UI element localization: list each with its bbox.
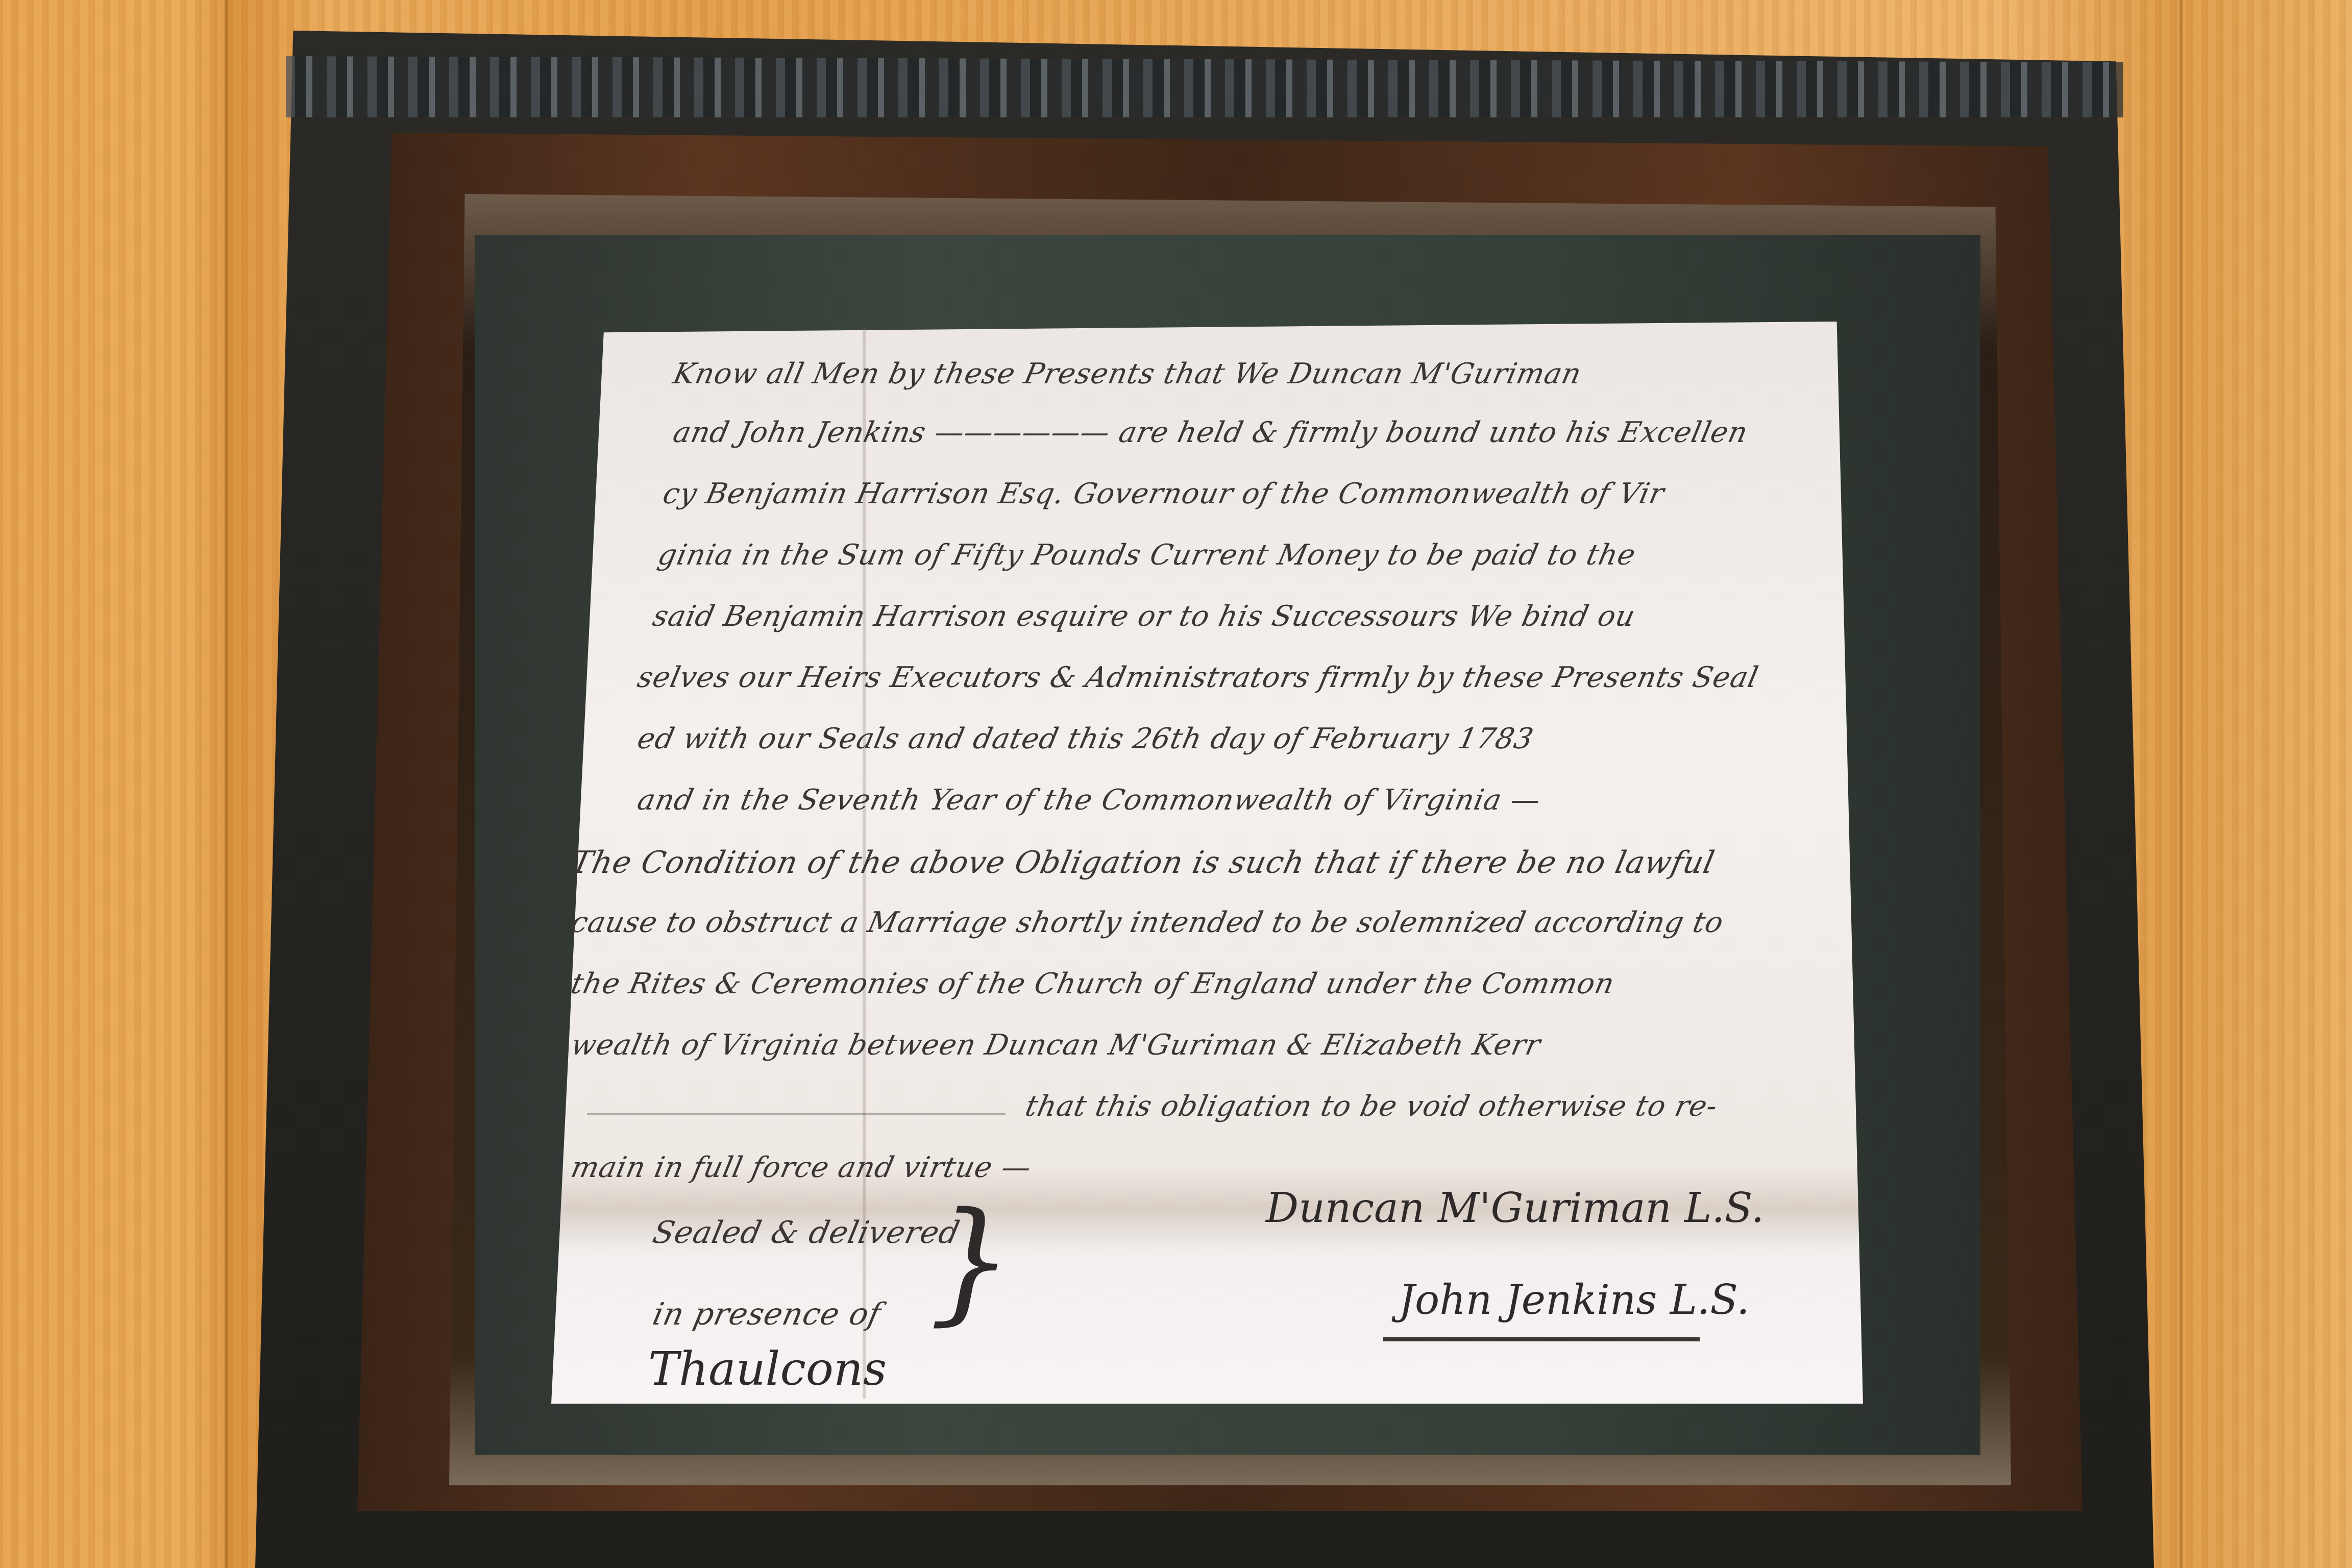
doc-line: The Condition of the above Obligation is… xyxy=(568,845,1718,880)
doc-line: selves our Heirs Executors & Administrat… xyxy=(634,661,1761,694)
signature-john: John Jenkins L.S. xyxy=(1399,1276,1750,1324)
signature-underline xyxy=(1383,1337,1700,1341)
doc-line: ed with our Seals and dated this 26th da… xyxy=(634,722,1536,755)
blank-rule xyxy=(587,1113,1006,1115)
signature-duncan: Duncan M'Guriman L.S. xyxy=(1266,1184,1764,1232)
floor-seam xyxy=(225,0,228,1568)
witness-label: in presence of xyxy=(650,1296,885,1332)
doc-line: the Rites & Ceremonies of the Church of … xyxy=(568,967,1618,1000)
signature-witness: Thaulcons xyxy=(648,1342,887,1396)
frame-ornament-band xyxy=(286,56,2123,117)
doc-line: ginia in the Sum of Fifty Pounds Current… xyxy=(655,538,1639,572)
doc-line: and John Jenkins —————— are held & firml… xyxy=(670,416,1751,449)
doc-line: cy Benjamin Harrison Esq. Governour of t… xyxy=(660,477,1668,510)
doc-line: said Benjamin Harrison esquire or to his… xyxy=(650,600,1638,633)
brace-symbol: } xyxy=(929,1184,1013,1338)
doc-line: cause to obstruct a Marriage shortly int… xyxy=(568,906,1727,939)
doc-line: main in full force and virtue — xyxy=(568,1151,1035,1184)
doc-line: and in the Seventh Year of the Commonwea… xyxy=(634,783,1543,817)
doc-line: Know all Men by these Presents that We D… xyxy=(670,357,1584,390)
witness-label: Sealed & delivered xyxy=(650,1215,963,1251)
floor-seam xyxy=(2179,0,2183,1568)
doc-line: that this obligation to be void otherwis… xyxy=(1022,1090,1721,1123)
handwritten-document: Know all Men by these Presents that We D… xyxy=(572,347,1848,1393)
doc-line: wealth of Virginia between Duncan M'Guri… xyxy=(568,1028,1543,1062)
